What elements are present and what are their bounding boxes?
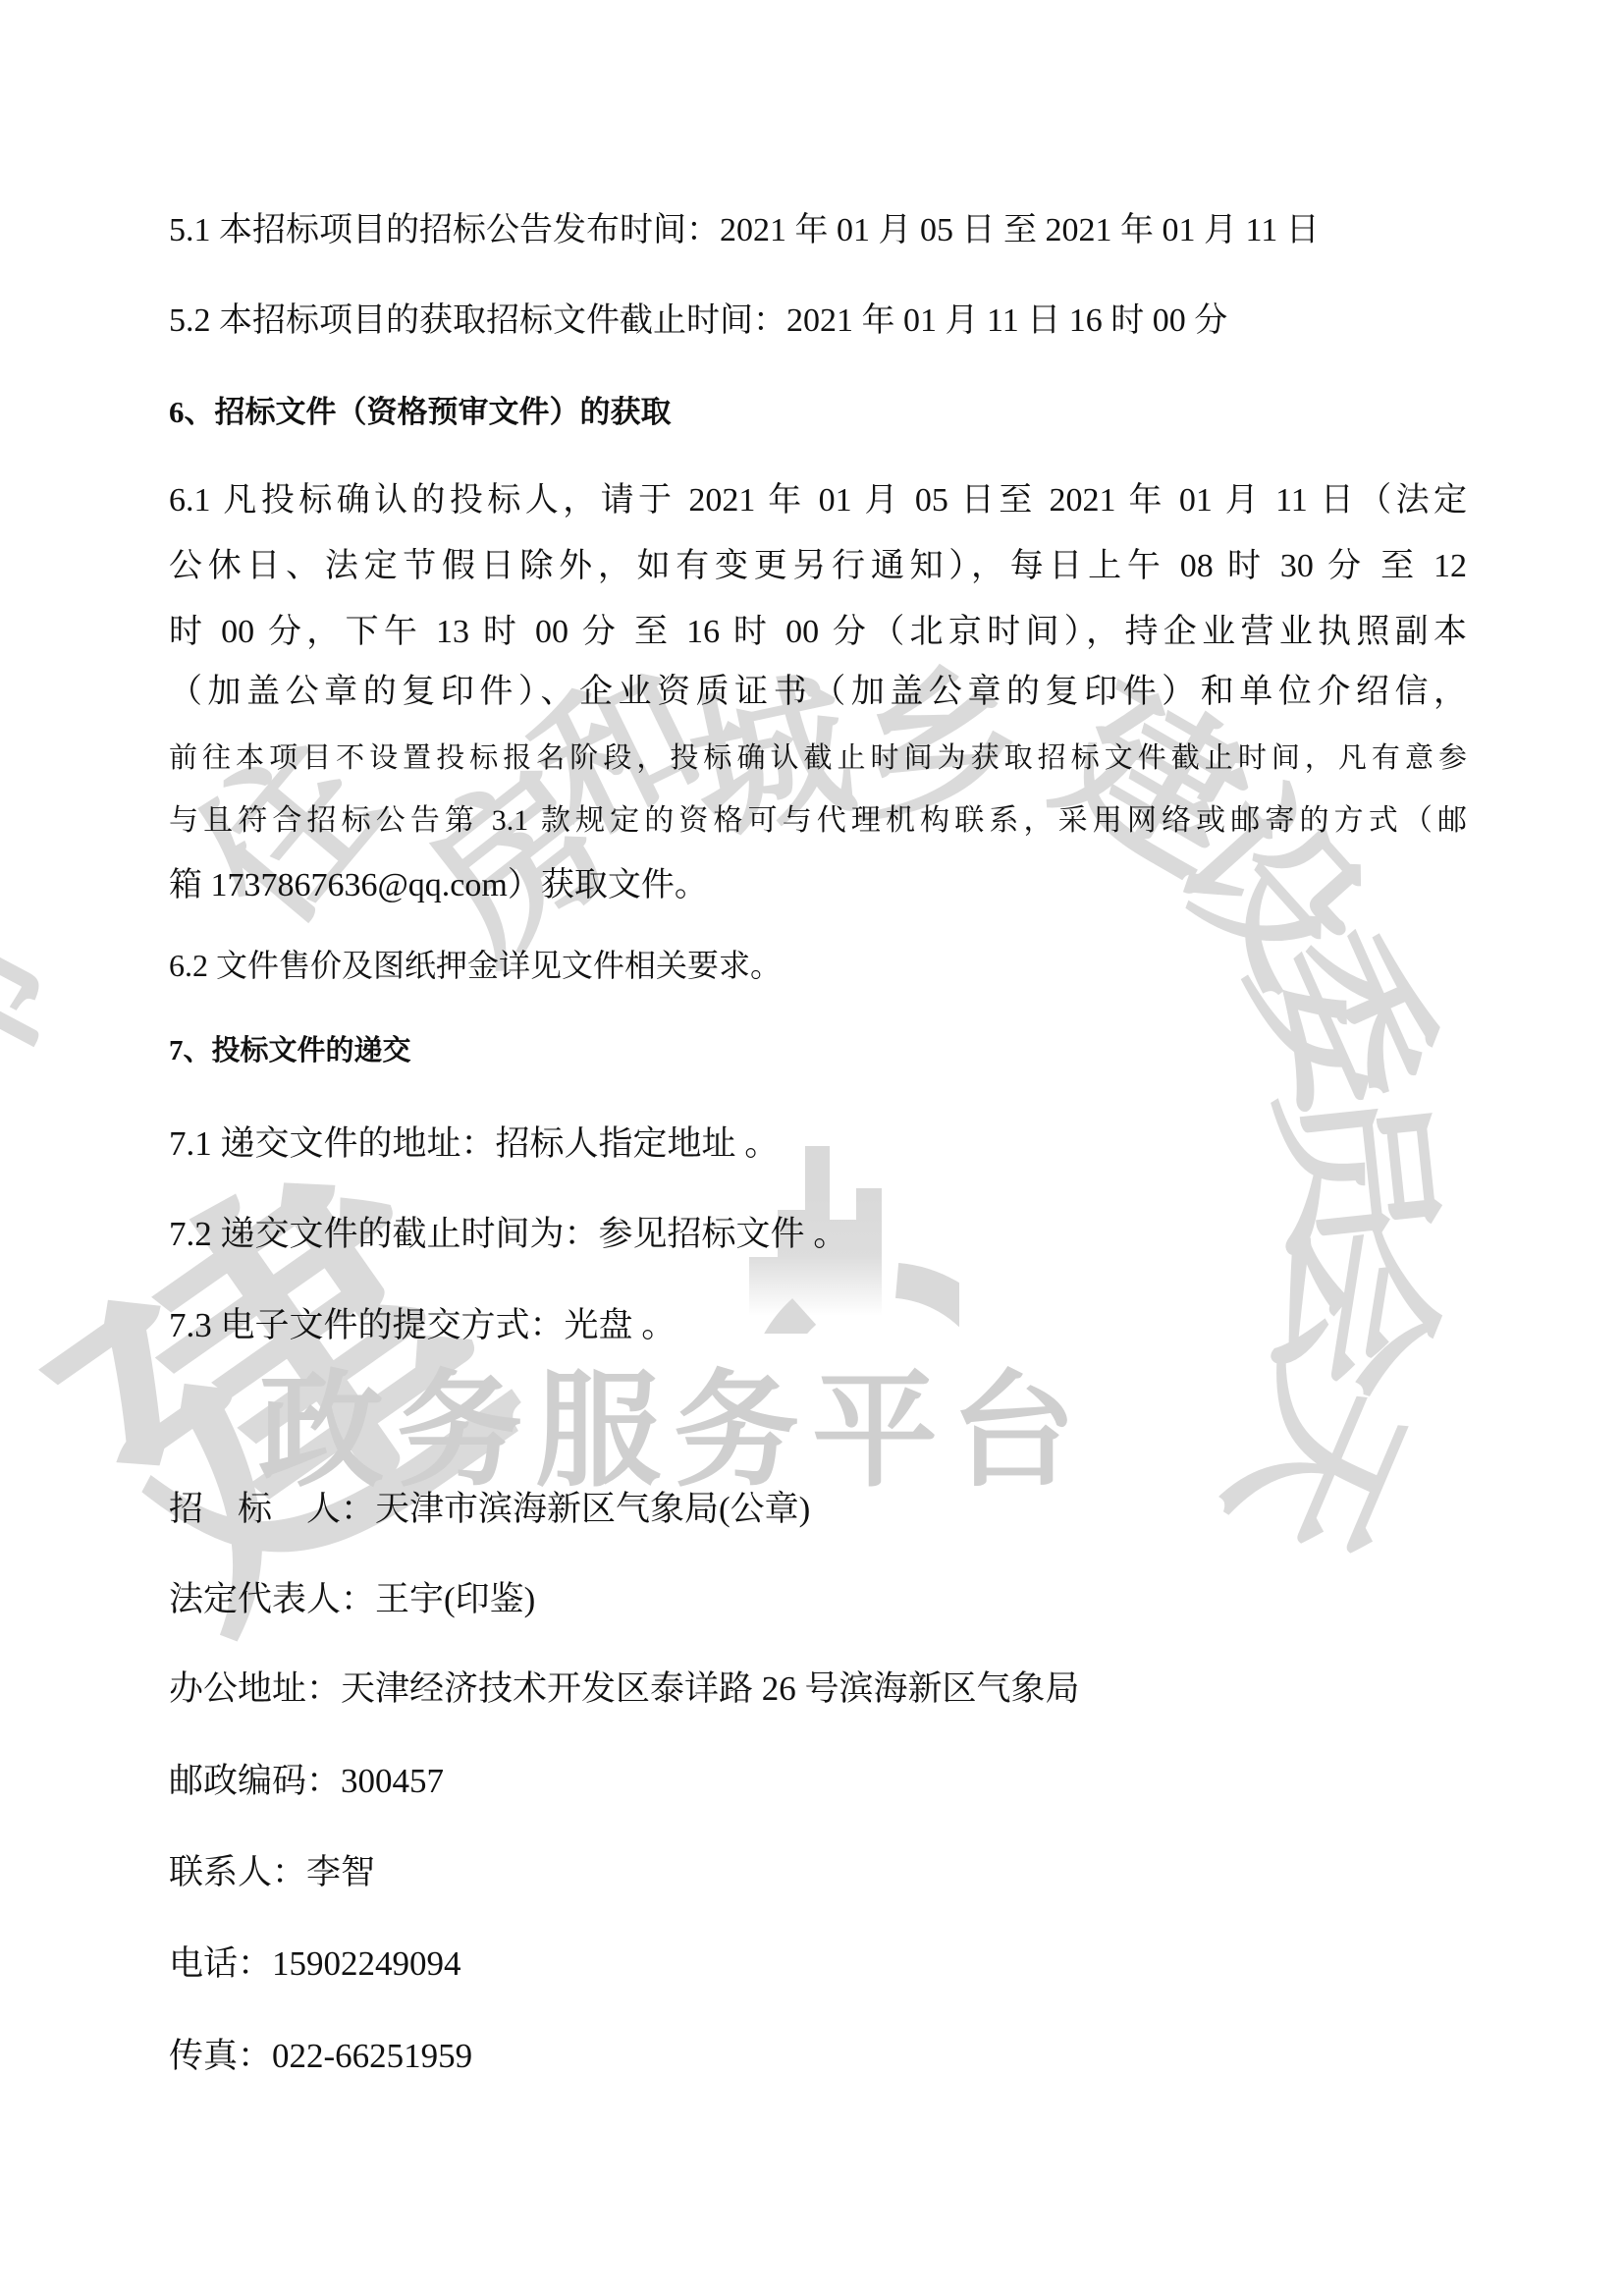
doc-line: 电话：15902249094 xyxy=(169,1944,461,1984)
doc-line: 6.1 凡投标确认的投标人，请于 2021 年 01 月 05 日至 2021 … xyxy=(169,481,1467,519)
doc-line: 箱 1737867636@qq.com）获取文件。 xyxy=(169,866,708,904)
doc-line: （加盖公章的复印件）、企业资质证书（加盖公章的复印件）和单位介绍信， xyxy=(169,673,1467,711)
doc-line: 6.2 文件售价及图纸押金详见文件相关要求。 xyxy=(169,948,782,984)
doc-line: 联系人：李智 xyxy=(169,1853,375,1892)
document-page: 市住房和城乡建设委员会天建 政务服务平台 5.1 本招标项目 xyxy=(0,0,1623,2296)
doc-line: 公休日、法定节假日除外，如有变更另行通知），每日上午 08 时 30 分 至 1… xyxy=(169,547,1467,585)
doc-line: 6、招标文件（资格预审文件）的获取 xyxy=(169,395,672,430)
document-body: 5.1 本招标项目的招标公告发布时间：2021 年 01 月 05 日 至 20… xyxy=(0,0,1623,2296)
doc-line: 7.1 递交文件的地址：招标人指定地址 。 xyxy=(169,1124,779,1164)
doc-line: 7.3 电子文件的提交方式：光盘 。 xyxy=(169,1306,676,1345)
doc-line: 法定代表人：王宇(印鉴) xyxy=(169,1580,535,1619)
doc-line: 传真：022-66251959 xyxy=(169,2037,472,2076)
doc-line: 前往本项目不设置投标报名阶段，投标确认截止时间为获取招标文件截止时间，凡有意参 xyxy=(169,742,1467,775)
doc-line: 5.1 本招标项目的招标公告发布时间：2021 年 01 月 05 日 至 20… xyxy=(169,211,1320,249)
doc-line: 办公地址：天津经济技术开发区泰详路 26 号滨海新区气象局 xyxy=(169,1669,1080,1709)
doc-line: 7.2 递交文件的截止时间为：参见招标文件 。 xyxy=(169,1215,847,1254)
doc-line: 招 标 人：天津市滨海新区气象局(公章) xyxy=(169,1490,810,1529)
doc-line: 7、投标文件的递交 xyxy=(169,1035,411,1067)
doc-line: 5.2 本招标项目的获取招标文件截止时间：2021 年 01 月 11 日 16… xyxy=(169,301,1227,340)
doc-line: 与且符合招标公告第 3.1 款规定的资格可与代理机构联系，采用网络或邮寄的方式（… xyxy=(169,804,1467,839)
doc-line: 邮政编码：300457 xyxy=(169,1762,444,1801)
doc-line: 时 00 分，下午 13 时 00 分 至 16 时 00 分（北京时间），持企… xyxy=(169,613,1467,651)
